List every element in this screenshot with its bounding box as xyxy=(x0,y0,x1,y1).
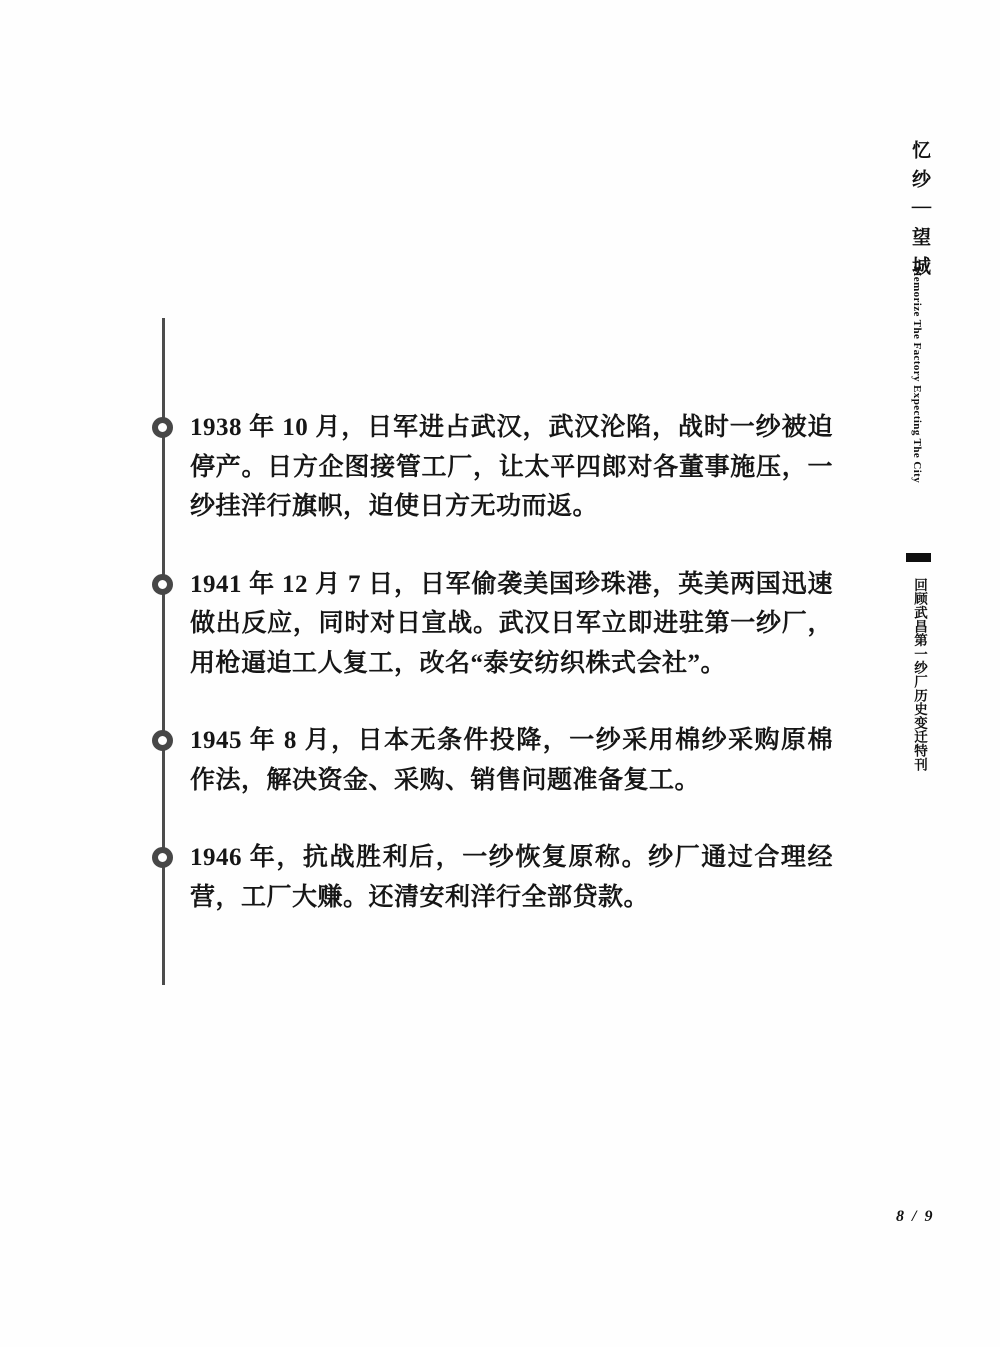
entry-date: 1945 年 8 月， xyxy=(190,727,358,754)
masthead-title-cn: 忆纱｜望城 xyxy=(906,140,933,285)
entry-date: 1946 年， xyxy=(190,844,303,871)
timeline-entry: 1941 年 12 月 7 日，日军偷袭美国珍珠港，英美两国迅速做出反应，同时对… xyxy=(190,565,833,684)
masthead-divider-bar xyxy=(906,553,931,562)
timeline-node-icon xyxy=(152,574,173,595)
timeline: 1938 年 10 月，日军进占武汉，武汉沦陷，战时一纱被迫停产。日方企图接管工… xyxy=(190,408,833,955)
entry-paragraph: 1946 年，抗战胜利后，一纱恢复原称。纱厂通过合理经营，工厂大赚。还清安利洋行… xyxy=(190,838,833,917)
page-number: 8 / 9 xyxy=(896,1208,934,1226)
timeline-entry: 1938 年 10 月，日军进占武汉，武汉沦陷，战时一纱被迫停产。日方企图接管工… xyxy=(190,408,833,527)
timeline-node-icon xyxy=(152,730,173,751)
masthead-title-en: Memorize The Factory Expecting The City xyxy=(911,266,923,483)
entry-paragraph: 1938 年 10 月，日军进占武汉，武汉沦陷，战时一纱被迫停产。日方企图接管工… xyxy=(190,408,833,527)
timeline-node-icon xyxy=(152,847,173,868)
document-page: 忆纱｜望城 Memorize The Factory Expecting The… xyxy=(0,0,1000,1347)
timeline-entry: 1946 年，抗战胜利后，一纱恢复原称。纱厂通过合理经营，工厂大赚。还清安利洋行… xyxy=(190,838,833,917)
entry-paragraph: 1941 年 12 月 7 日，日军偷袭美国珍珠港，英美两国迅速做出反应，同时对… xyxy=(190,565,833,684)
entry-date: 1938 年 10 月， xyxy=(190,414,367,441)
entry-date: 1941 年 12 月 7 日， xyxy=(190,571,420,598)
timeline-entry: 1945 年 8 月，日本无条件投降，一纱采用棉纱采购原棉作法，解决资金、采购、… xyxy=(190,721,833,800)
timeline-node-icon xyxy=(152,417,173,438)
entry-paragraph: 1945 年 8 月，日本无条件投降，一纱采用棉纱采购原棉作法，解决资金、采购、… xyxy=(190,721,833,800)
masthead-subtitle-cn: 回顾武昌第一纱厂历史变迁特刊 xyxy=(909,578,929,771)
